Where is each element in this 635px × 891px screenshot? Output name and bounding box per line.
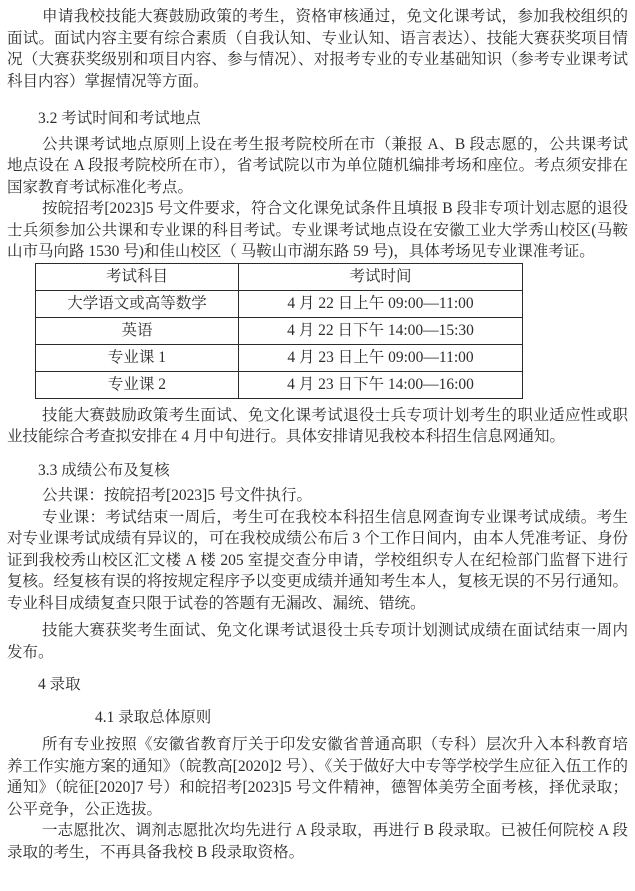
heading-score-publish-review: 3.3 成绩公布及复核 <box>7 460 628 482</box>
cell-subject: 英语 <box>36 317 239 344</box>
cell-subject: 专业课 1 <box>36 344 239 371</box>
table-row: 英语 4 月 22 日下午 14:00—15:30 <box>36 317 523 344</box>
table-row: 大学语文或高等数学 4 月 22 日上午 09:00—11:00 <box>36 290 523 317</box>
paragraph-major-course-location: 按皖招考[2023]5 号文件要求，符合文化课免试条件且填报 B 段非专项计划志… <box>7 198 628 263</box>
paragraph-public-course-score: 公共课：按皖招考[2023]5 号文件执行。 <box>7 485 628 507</box>
column-header-exam-time: 考试时间 <box>239 263 523 290</box>
cell-time: 4 月 23 日上午 09:00—11:00 <box>239 344 523 371</box>
exam-schedule-table: 考试科目 考试时间 大学语文或高等数学 4 月 22 日上午 09:00—11:… <box>35 263 523 399</box>
paragraph-batch-admission-order: 一志愿批次、调剂志愿批次均先进行 A 段录取，再进行 B 段录取。已被任何院校 … <box>7 820 628 863</box>
paragraph-major-course-score-review: 专业课：考试结束一周后，考生可在我校本科招生信息网查询专业课考试成绩。考生对专业… <box>7 507 628 615</box>
table-row: 专业课 2 4 月 23 日下午 14:00—16:00 <box>36 371 523 398</box>
paragraph-skill-contest-score-release: 技能大赛获奖考生面试、免文化课考试退役士兵专项计划测试成绩在面试结束一周内发布。 <box>7 620 628 663</box>
paragraph-skill-policy-interview: 申请我校技能大赛鼓励政策的考生，资格审核通过，免文化课考试，参加我校组织的面试。… <box>7 6 628 92</box>
exam-table-header-row: 考试科目 考试时间 <box>36 263 523 290</box>
cell-time: 4 月 22 日上午 09:00—11:00 <box>239 290 523 317</box>
cell-subject: 专业课 2 <box>36 371 239 398</box>
column-header-exam-subject: 考试科目 <box>36 263 239 290</box>
heading-admission: 4 录取 <box>7 674 628 696</box>
heading-exam-time-location: 3.2 考试时间和考试地点 <box>7 108 628 130</box>
table-row: 专业课 1 4 月 23 日上午 09:00—11:00 <box>36 344 523 371</box>
cell-time: 4 月 23 日下午 14:00—16:00 <box>239 371 523 398</box>
document-page: 申请我校技能大赛鼓励政策的考生，资格审核通过，免文化课考试，参加我校组织的面试。… <box>0 0 635 885</box>
paragraph-admission-overall-principles: 所有专业按照《安徽省教育厅关于印发安徽省普通高职（专科）层次升入本科教育培养工作… <box>7 734 628 820</box>
paragraph-aptitude-test-schedule: 技能大赛鼓励政策考生面试、免文化课考试退役士兵专项计划考生的职业适应性或职业技能… <box>7 405 628 448</box>
cell-time: 4 月 22 日下午 14:00—15:30 <box>239 317 523 344</box>
heading-admission-principles: 4.1 录取总体原则 <box>7 707 628 729</box>
paragraph-public-course-location: 公共课考试地点原则上设在考生报考院校所在市（兼报 A、B 段志愿的，公共课考试地… <box>7 134 628 199</box>
cell-subject: 大学语文或高等数学 <box>36 290 239 317</box>
